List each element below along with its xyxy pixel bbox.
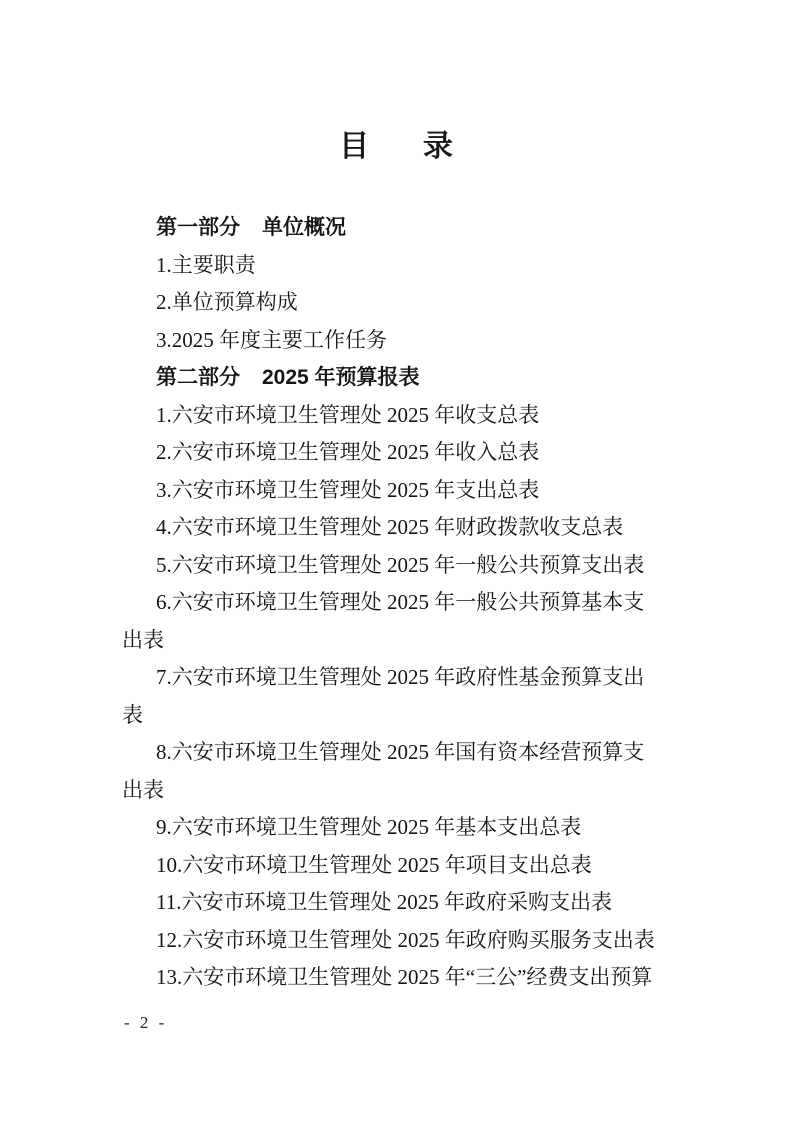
toc-entry: 7.六安市环境卫生管理处 2025 年政府性基金预算支出	[122, 659, 683, 697]
section-1-heading-label: 第一部分	[156, 216, 240, 239]
section-2-heading: 第二部分2025 年预算报表	[122, 359, 683, 397]
toc-entry: 2.单位预算构成	[122, 284, 683, 322]
toc-title: 目 录	[0, 0, 793, 163]
toc-entry: 3.六安市环境卫生管理处 2025 年支出总表	[122, 472, 683, 510]
toc-entry: 10.六安市环境卫生管理处 2025 年项目支出总表	[122, 847, 683, 885]
toc-entry: 3.2025 年度主要工作任务	[122, 322, 683, 360]
toc-entry: 1.主要职责	[122, 247, 683, 285]
section-1-heading: 第一部分单位概况	[122, 209, 683, 247]
toc-entry: 5.六安市环境卫生管理处 2025 年一般公共预算支出表	[122, 547, 683, 585]
section-1-heading-title: 单位概况	[262, 216, 346, 239]
document-page: 目 录 第一部分单位概况 1.主要职责 2.单位预算构成 3.2025 年度主要…	[0, 0, 793, 1122]
toc-entry: 4.六安市环境卫生管理处 2025 年财政拨款收支总表	[122, 509, 683, 547]
toc-entry-continuation: 出表	[122, 622, 683, 660]
page-number: - 2 -	[124, 1013, 167, 1033]
toc-entry: 12.六安市环境卫生管理处 2025 年政府购买服务支出表	[122, 922, 683, 960]
toc-entry: 1.六安市环境卫生管理处 2025 年收支总表	[122, 397, 683, 435]
toc-entry: 13.六安市环境卫生管理处 2025 年“三公”经费支出预算	[122, 959, 683, 997]
toc-entry: 6.六安市环境卫生管理处 2025 年一般公共预算基本支	[122, 584, 683, 622]
toc-entry-continuation: 表	[122, 697, 683, 735]
toc-entry-continuation: 出表	[122, 772, 683, 810]
toc-entry: 9.六安市环境卫生管理处 2025 年基本支出总表	[122, 809, 683, 847]
toc-content: 第一部分单位概况 1.主要职责 2.单位预算构成 3.2025 年度主要工作任务…	[122, 209, 683, 997]
toc-entry: 11.六安市环境卫生管理处 2025 年政府采购支出表	[122, 884, 683, 922]
section-2-heading-title: 2025 年预算报表	[262, 366, 420, 389]
toc-entry: 2.六安市环境卫生管理处 2025 年收入总表	[122, 434, 683, 472]
section-2-heading-label: 第二部分	[156, 366, 240, 389]
toc-entry: 8.六安市环境卫生管理处 2025 年国有资本经营预算支	[122, 734, 683, 772]
